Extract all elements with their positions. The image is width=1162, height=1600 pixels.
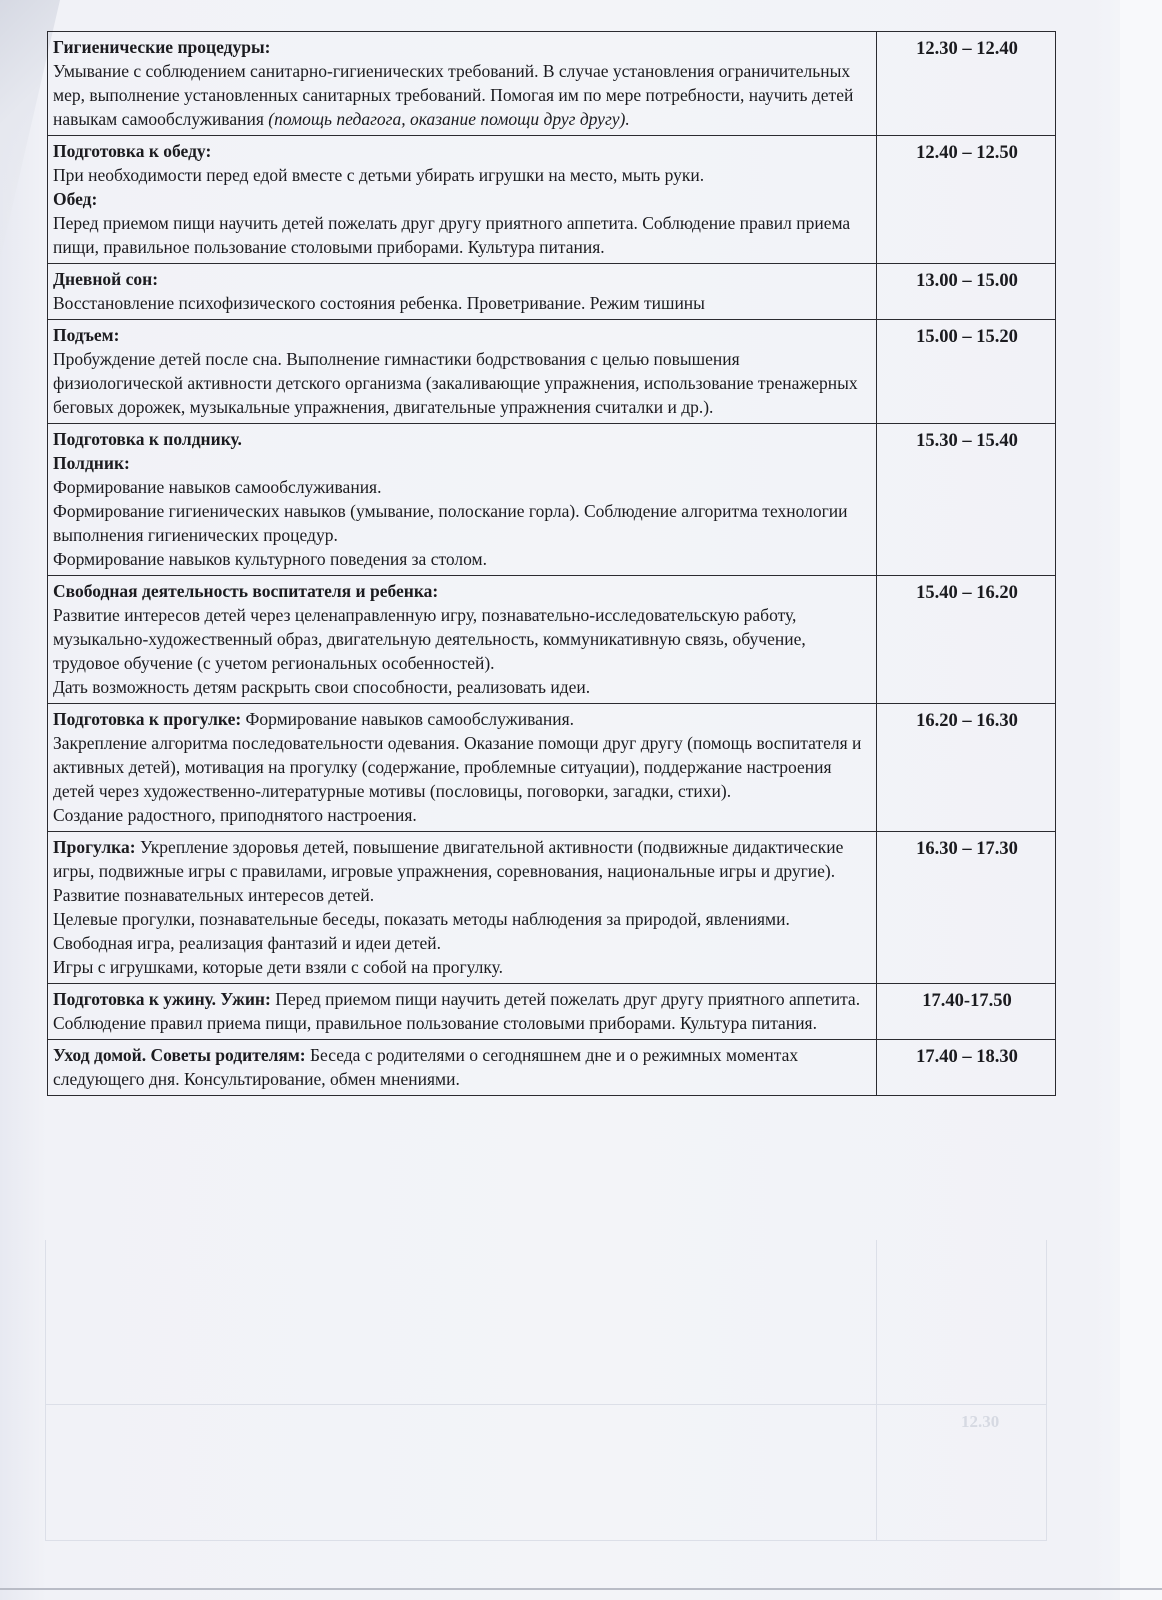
activity-text: Укрепление здоровья детей, повышение дви… [53,837,843,905]
activity-title: Подготовка к полднику. [53,429,242,449]
schedule-row: Подготовка к полднику.Полдник:Формирован… [48,424,1056,576]
activity-text: Перед приемом пищи научить детей пожелат… [53,213,850,257]
activity-title: Свободная деятельность воспитателя и реб… [53,581,438,601]
activity-line: Подготовка к обеду: [53,139,873,163]
activity-line: Формирование гигиенических навыков (умыв… [53,499,873,547]
activity-title: Гигиенические процедуры: [53,37,270,57]
time-range: 16.20 – 16.30 [877,704,1056,832]
activity-line: Обед: [53,187,873,211]
activity-text: Пробуждение детей после сна. Выполнение … [53,349,858,417]
activity-text: Создание радостного, приподнятого настро… [53,805,417,825]
activity-description: Подготовка к обеду:При необходимости пер… [48,136,877,264]
activity-line: Восстановление психофизического состояни… [53,291,873,315]
time-range: 17.40 – 18.30 [877,1040,1056,1096]
activity-description: Свободная деятельность воспитателя и реб… [48,576,877,704]
schedule-row: Подготовка к обеду:При необходимости пер… [48,136,1056,264]
activity-text: Формирование навыков самообслуживания. [53,477,381,497]
schedule-row: Подготовка к ужину. Ужин: Перед приемом … [48,984,1056,1040]
activity-text: Формирование навыков самообслуживания. [241,709,574,729]
activity-text: Формирование гигиенических навыков (умыв… [53,501,848,545]
schedule-row: Подготовка к прогулке: Формирование навы… [48,704,1056,832]
bleed-through-time: 12.30 [961,1412,999,1432]
activity-text: Закрепление алгоритма последовательности… [53,733,861,801]
activity-title: Подготовка к обеду: [53,141,211,161]
activity-description: Прогулка: Укрепление здоровья детей, пов… [48,832,877,984]
activity-line: Умывание с соблюдением санитарно-гигиени… [53,59,873,131]
schedule-row: Прогулка: Укрепление здоровья детей, пов… [48,832,1056,984]
activity-text: Свободная игра, реализация фантазий и ид… [53,933,441,953]
activity-line: Свободная игра, реализация фантазий и ид… [53,931,873,955]
activity-line: Целевые прогулки, познавательные беседы,… [53,907,873,931]
schedule-row: Подъем:Пробуждение детей после сна. Выпо… [48,320,1056,424]
activity-line: Подъем: [53,323,873,347]
activity-line: Создание радостного, приподнятого настро… [53,803,873,827]
schedule-row: Уход домой. Советы родителям: Беседа с р… [48,1040,1056,1096]
activity-line: Пробуждение детей после сна. Выполнение … [53,347,873,419]
activity-title: Подъем: [53,325,119,345]
activity-line: Прогулка: Укрепление здоровья детей, пов… [53,835,873,907]
activity-description: Гигиенические процедуры:Умывание с соблю… [48,32,877,136]
page-edge [1120,0,1162,1600]
activity-text: Игры с игрушками, которые дети взяли с с… [53,957,503,977]
activity-text: Дать возможность детям раскрыть свои спо… [53,677,590,697]
activity-title: Полдник: [53,453,130,473]
activity-title: Подготовка к ужину. Ужин: [53,989,271,1009]
activity-text: Целевые прогулки, познавательные беседы,… [53,909,790,929]
activity-line: Формирование навыков культурного поведен… [53,547,873,571]
activity-description: Подготовка к ужину. Ужин: Перед приемом … [48,984,877,1040]
time-range: 15.30 – 15.40 [877,424,1056,576]
time-range: 12.30 – 12.40 [877,32,1056,136]
activity-description: Подъем:Пробуждение детей после сна. Выпо… [48,320,877,424]
schedule-row: Гигиенические процедуры:Умывание с соблю… [48,32,1056,136]
activity-line: Перед приемом пищи научить детей пожелат… [53,211,873,259]
activity-line: Закрепление алгоритма последовательности… [53,731,873,803]
activity-line: Гигиенические процедуры: [53,35,873,59]
schedule-row: Дневной сон:Восстановление психофизическ… [48,264,1056,320]
activity-text: Восстановление психофизического состояни… [53,293,705,313]
bleed-through-table: 12.30 [45,1240,1047,1541]
activity-title: Прогулка: [53,837,136,857]
activity-title: Обед: [53,189,97,209]
activity-title: Дневной сон: [53,269,158,289]
activity-line: Игры с игрушками, которые дети взяли с с… [53,955,873,979]
time-range: 16.30 – 17.30 [877,832,1056,984]
activity-text: Развитие интересов детей через целенапра… [53,605,806,673]
activity-title: Подготовка к прогулке: [53,709,241,729]
activity-note: (помощь педагога, оказание помощи друг д… [268,109,629,129]
activity-text: Формирование навыков культурного поведен… [53,549,487,569]
activity-line: Развитие интересов детей через целенапра… [53,603,873,675]
activity-description: Подготовка к полднику.Полдник:Формирован… [48,424,877,576]
activity-description: Дневной сон:Восстановление психофизическ… [48,264,877,320]
activity-line: При необходимости перед едой вместе с де… [53,163,873,187]
activity-line: Полдник: [53,451,873,475]
activity-line: Дать возможность детям раскрыть свои спо… [53,675,873,699]
time-range: 12.40 – 12.50 [877,136,1056,264]
activity-line: Свободная деятельность воспитателя и реб… [53,579,873,603]
time-range: 15.00 – 15.20 [877,320,1056,424]
time-range: 17.40-17.50 [877,984,1056,1040]
activity-line: Уход домой. Советы родителям: Беседа с р… [53,1043,873,1091]
activity-title: Уход домой. Советы родителям: [53,1045,306,1065]
activity-line: Дневной сон: [53,267,873,291]
schedule-row: Свободная деятельность воспитателя и реб… [48,576,1056,704]
activity-text: При необходимости перед едой вместе с де… [53,165,704,185]
time-range: 13.00 – 15.00 [877,264,1056,320]
activity-description: Подготовка к прогулке: Формирование навы… [48,704,877,832]
activity-line: Подготовка к ужину. Ужин: Перед приемом … [53,987,873,1035]
activity-line: Подготовка к прогулке: Формирование навы… [53,707,873,731]
time-range: 15.40 – 16.20 [877,576,1056,704]
scan-edge-line [0,1588,1162,1590]
activity-line: Подготовка к полднику. [53,427,873,451]
daily-schedule-table: Гигиенические процедуры:Умывание с соблю… [47,31,1056,1096]
activity-line: Формирование навыков самообслуживания. [53,475,873,499]
scanned-page: 12.30 Гигиенические процедуры:Умывание с… [0,0,1162,1600]
activity-description: Уход домой. Советы родителям: Беседа с р… [48,1040,877,1096]
